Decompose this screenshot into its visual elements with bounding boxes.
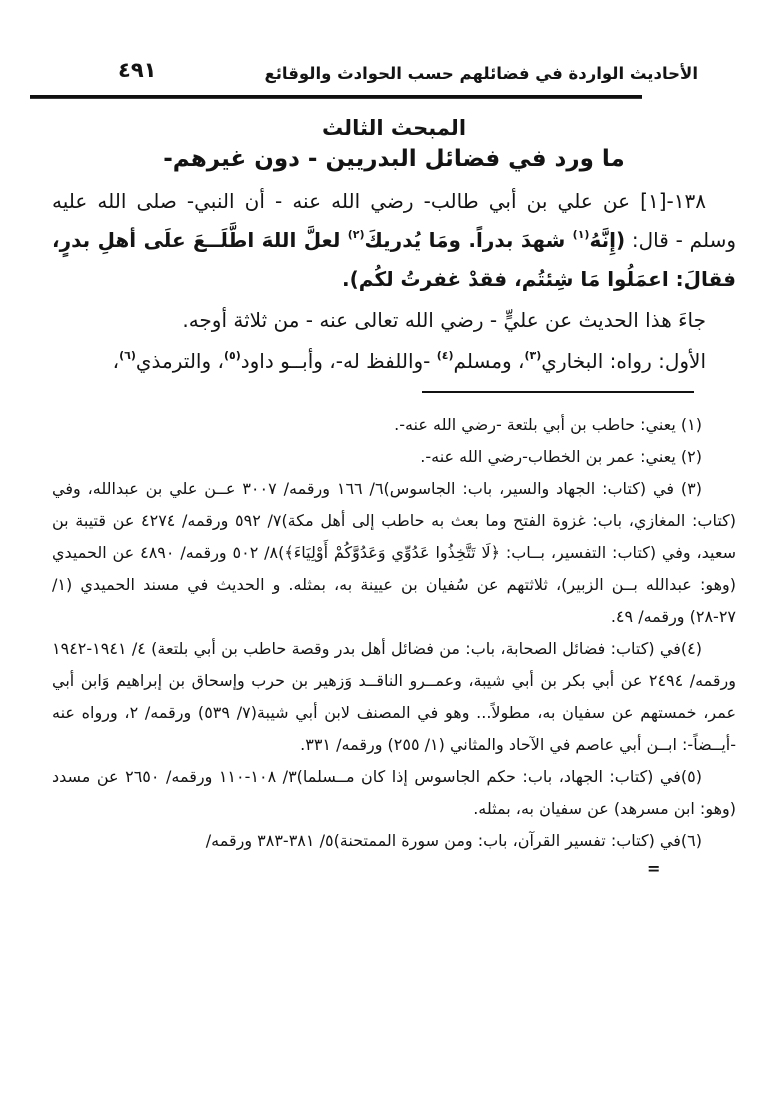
subject-heading: ما ورد في فضائل البدريين - دون غيرهم- <box>52 146 736 172</box>
intro-paragraph: جاءَ هذا الحديث عن عليٍّ - رضي الله تعال… <box>52 301 736 340</box>
footnote-ref: (٥) <box>224 349 241 362</box>
footnote-text: يعني: حاطب بن أبي بلتعة -رضي الله عنه-. <box>394 415 681 434</box>
page-number: ٤٩١ <box>118 58 156 82</box>
footnote-ref: (١) <box>573 228 590 241</box>
footnote-item: (١) يعني: حاطب بن أبي بلتعة -رضي الله عن… <box>52 409 736 441</box>
page-header: ٤٩١ الأحاديث الواردة في فضائلهم حسب الحو… <box>30 56 740 94</box>
text-run: (إِنَّهُ <box>589 228 625 252</box>
footnote-text: في (كتاب: تفسير القرآن، باب: ومن سورة ال… <box>206 831 681 850</box>
header-rule <box>30 95 642 99</box>
text-run: ، ومسلم <box>454 349 525 373</box>
footnote-text: في (كتاب: فضائل الصحابة، باب: من فضائل أ… <box>52 639 736 754</box>
footnote-ref: (٢) <box>348 228 365 241</box>
book-page: ٤٩١ الأحاديث الواردة في فضائلهم حسب الحو… <box>0 0 770 1098</box>
footnote-marker: (٥) <box>681 767 702 786</box>
footnote-item: (٣) في (كتاب: الجهاد والسير، باب: الجاسو… <box>52 473 736 633</box>
footnote-marker: (٢) <box>681 447 702 466</box>
footnote-ref: (٣) <box>525 349 542 362</box>
running-title: الأحاديث الواردة في فضائلهم حسب الحوادث … <box>264 64 698 83</box>
footnote-item: (٤)في (كتاب: فضائل الصحابة، باب: من فضائ… <box>52 633 736 761</box>
text-run: الأول: رواه: البخاري <box>541 349 706 373</box>
text-run: -واللفظ له-، وأبــو داود <box>241 349 437 373</box>
footnote-marker: (٣) <box>681 479 702 498</box>
continuation-glyph: = <box>647 859 660 878</box>
footnote-marker: (٤) <box>681 639 702 658</box>
footnote-item: (٢) يعني: عمر بن الخطاب-رضي الله عنه-. <box>52 441 736 473</box>
footnote-marker: (١) <box>681 415 702 434</box>
footnote-item: (٥)في (كتاب: الجهاد، باب: حكم الجاسوس إذ… <box>52 761 736 825</box>
footnote-item: (٦)في (كتاب: تفسير القرآن، باب: ومن سورة… <box>52 825 736 857</box>
text-run: ، والترمذي <box>136 349 224 373</box>
footnote-marker: (٦) <box>681 831 702 850</box>
page-content: المبحث الثالث ما ورد في فضائل البدريين -… <box>52 106 736 878</box>
continuation-mark: = <box>52 859 736 878</box>
footnote-separator <box>422 391 694 393</box>
footnote-ref: (٤) <box>437 349 454 362</box>
footnote-ref: (٦) <box>119 349 136 362</box>
footnote-text: في (كتاب: الجهاد والسير، باب: الجاسوس)٦/… <box>52 479 736 626</box>
hadith-paragraph: ١٣٨-[١] عن علي بن أبي طالب- رضي الله عنه… <box>52 182 736 299</box>
first-route-paragraph: الأول: رواه: البخاري(٣)، ومسلم(٤) -واللف… <box>52 342 736 381</box>
footnotes-section: (١) يعني: حاطب بن أبي بلتعة -رضي الله عن… <box>52 409 736 857</box>
text-run: شهدَ بدراً. ومَا يُدريكَ <box>365 228 573 252</box>
footnote-text: في (كتاب: الجهاد، باب: حكم الجاسوس إذا ك… <box>52 767 736 818</box>
footnote-text: يعني: عمر بن الخطاب-رضي الله عنه-. <box>420 447 681 466</box>
chapter-heading: المبحث الثالث <box>52 116 736 140</box>
